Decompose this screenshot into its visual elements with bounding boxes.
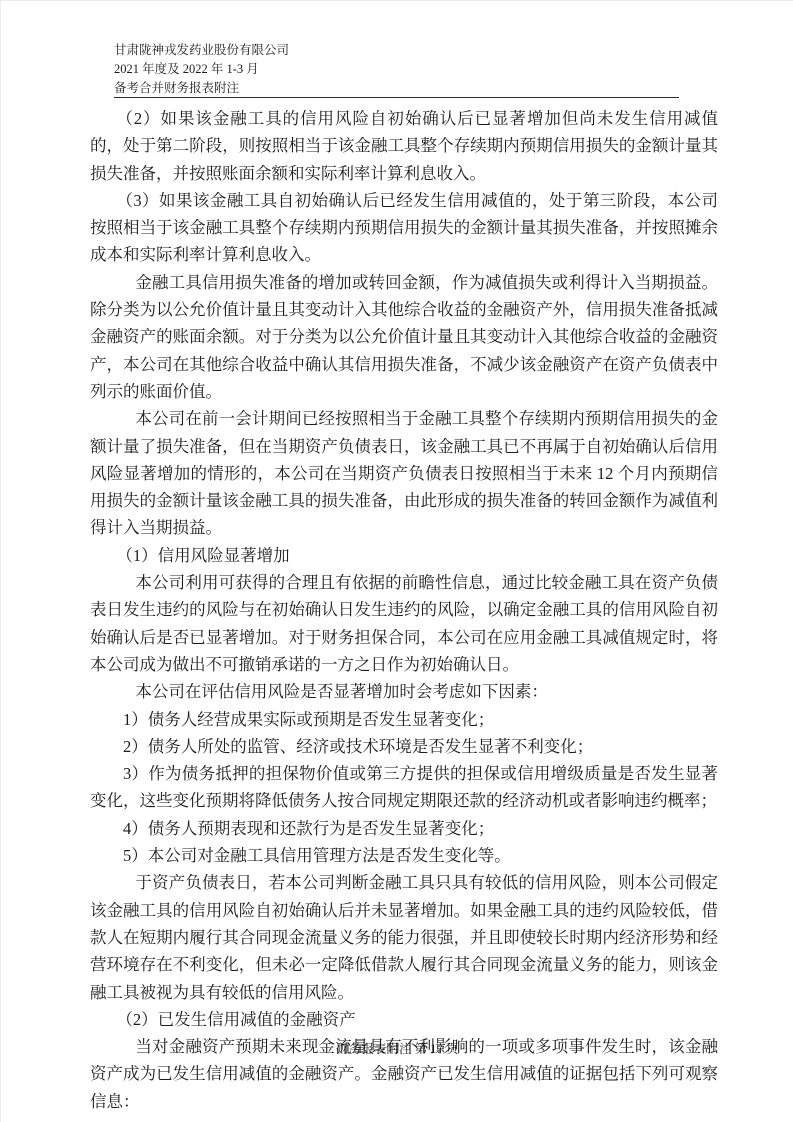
paragraph: 本公司在评估信用风险是否显著增加时会考虑如下因素：: [90, 678, 718, 705]
paragraph: （2）已发生信用减值的金融资产: [90, 1006, 718, 1033]
paragraph: 1）债务人经营成果实际或预期是否发生显著变化；: [90, 706, 718, 733]
paragraph: （1）信用风险显著增加: [90, 542, 718, 569]
document-footer: 财务报表附注 第 17 页: [1, 1039, 793, 1057]
paragraph: 于资产负债表日，若本公司判断金融工具只具有较低的信用风险，则本公司假定该金融工具…: [90, 869, 718, 1005]
paragraph: 5）本公司对金融工具信用管理方法是否发生变化等。: [90, 842, 718, 869]
paragraph: 2）债务人所处的监管、经济或技术环境是否发生显著不利变化；: [90, 733, 718, 760]
header-divider-rule: [114, 97, 679, 98]
paragraph: （3）如果该金融工具自初始确认后已经发生信用减值的，处于第三阶段，本公司按照相当…: [90, 187, 718, 269]
document-body: （2）如果该金融工具的信用风险自初始确认后已显著增加但尚未发生信用减值的，处于第…: [90, 105, 718, 1115]
header-doc-title: 备考合并财务报表附注: [114, 79, 679, 98]
paragraph: 4）债务人预期表现和还款行为是否发生显著变化；: [90, 815, 718, 842]
header-report-period: 2021 年度及 2022 年 1-3 月: [114, 60, 679, 79]
paragraph: 本公司利用可获得的合理且有依据的前瞻性信息，通过比较金融工具在资产负债表日发生违…: [90, 569, 718, 678]
paragraph: 金融工具信用损失准备的增加或转回金额，作为减值损失或利得计入当期损益。除分类为以…: [90, 269, 718, 405]
document-header: 甘肃陇神戎发药业股份有限公司 2021 年度及 2022 年 1-3 月 备考合…: [114, 41, 679, 98]
paragraph: （2）如果该金融工具的信用风险自初始确认后已显著增加但尚未发生信用减值的，处于第…: [90, 105, 718, 187]
paragraph: 本公司在前一会计期间已经按照相当于金融工具整个存续期内预期信用损失的金额计量了损…: [90, 405, 718, 541]
header-company-name: 甘肃陇神戎发药业股份有限公司: [114, 41, 679, 60]
paragraph: 3）作为债务抵押的担保物价值或第三方提供的担保或信用增级质量是否发生显著变化，这…: [90, 760, 718, 815]
footer-page-label: 财务报表附注 第 17 页: [337, 1042, 459, 1056]
document-page: 甘肃陇神戎发药业股份有限公司 2021 年度及 2022 年 1-3 月 备考合…: [0, 0, 793, 1122]
